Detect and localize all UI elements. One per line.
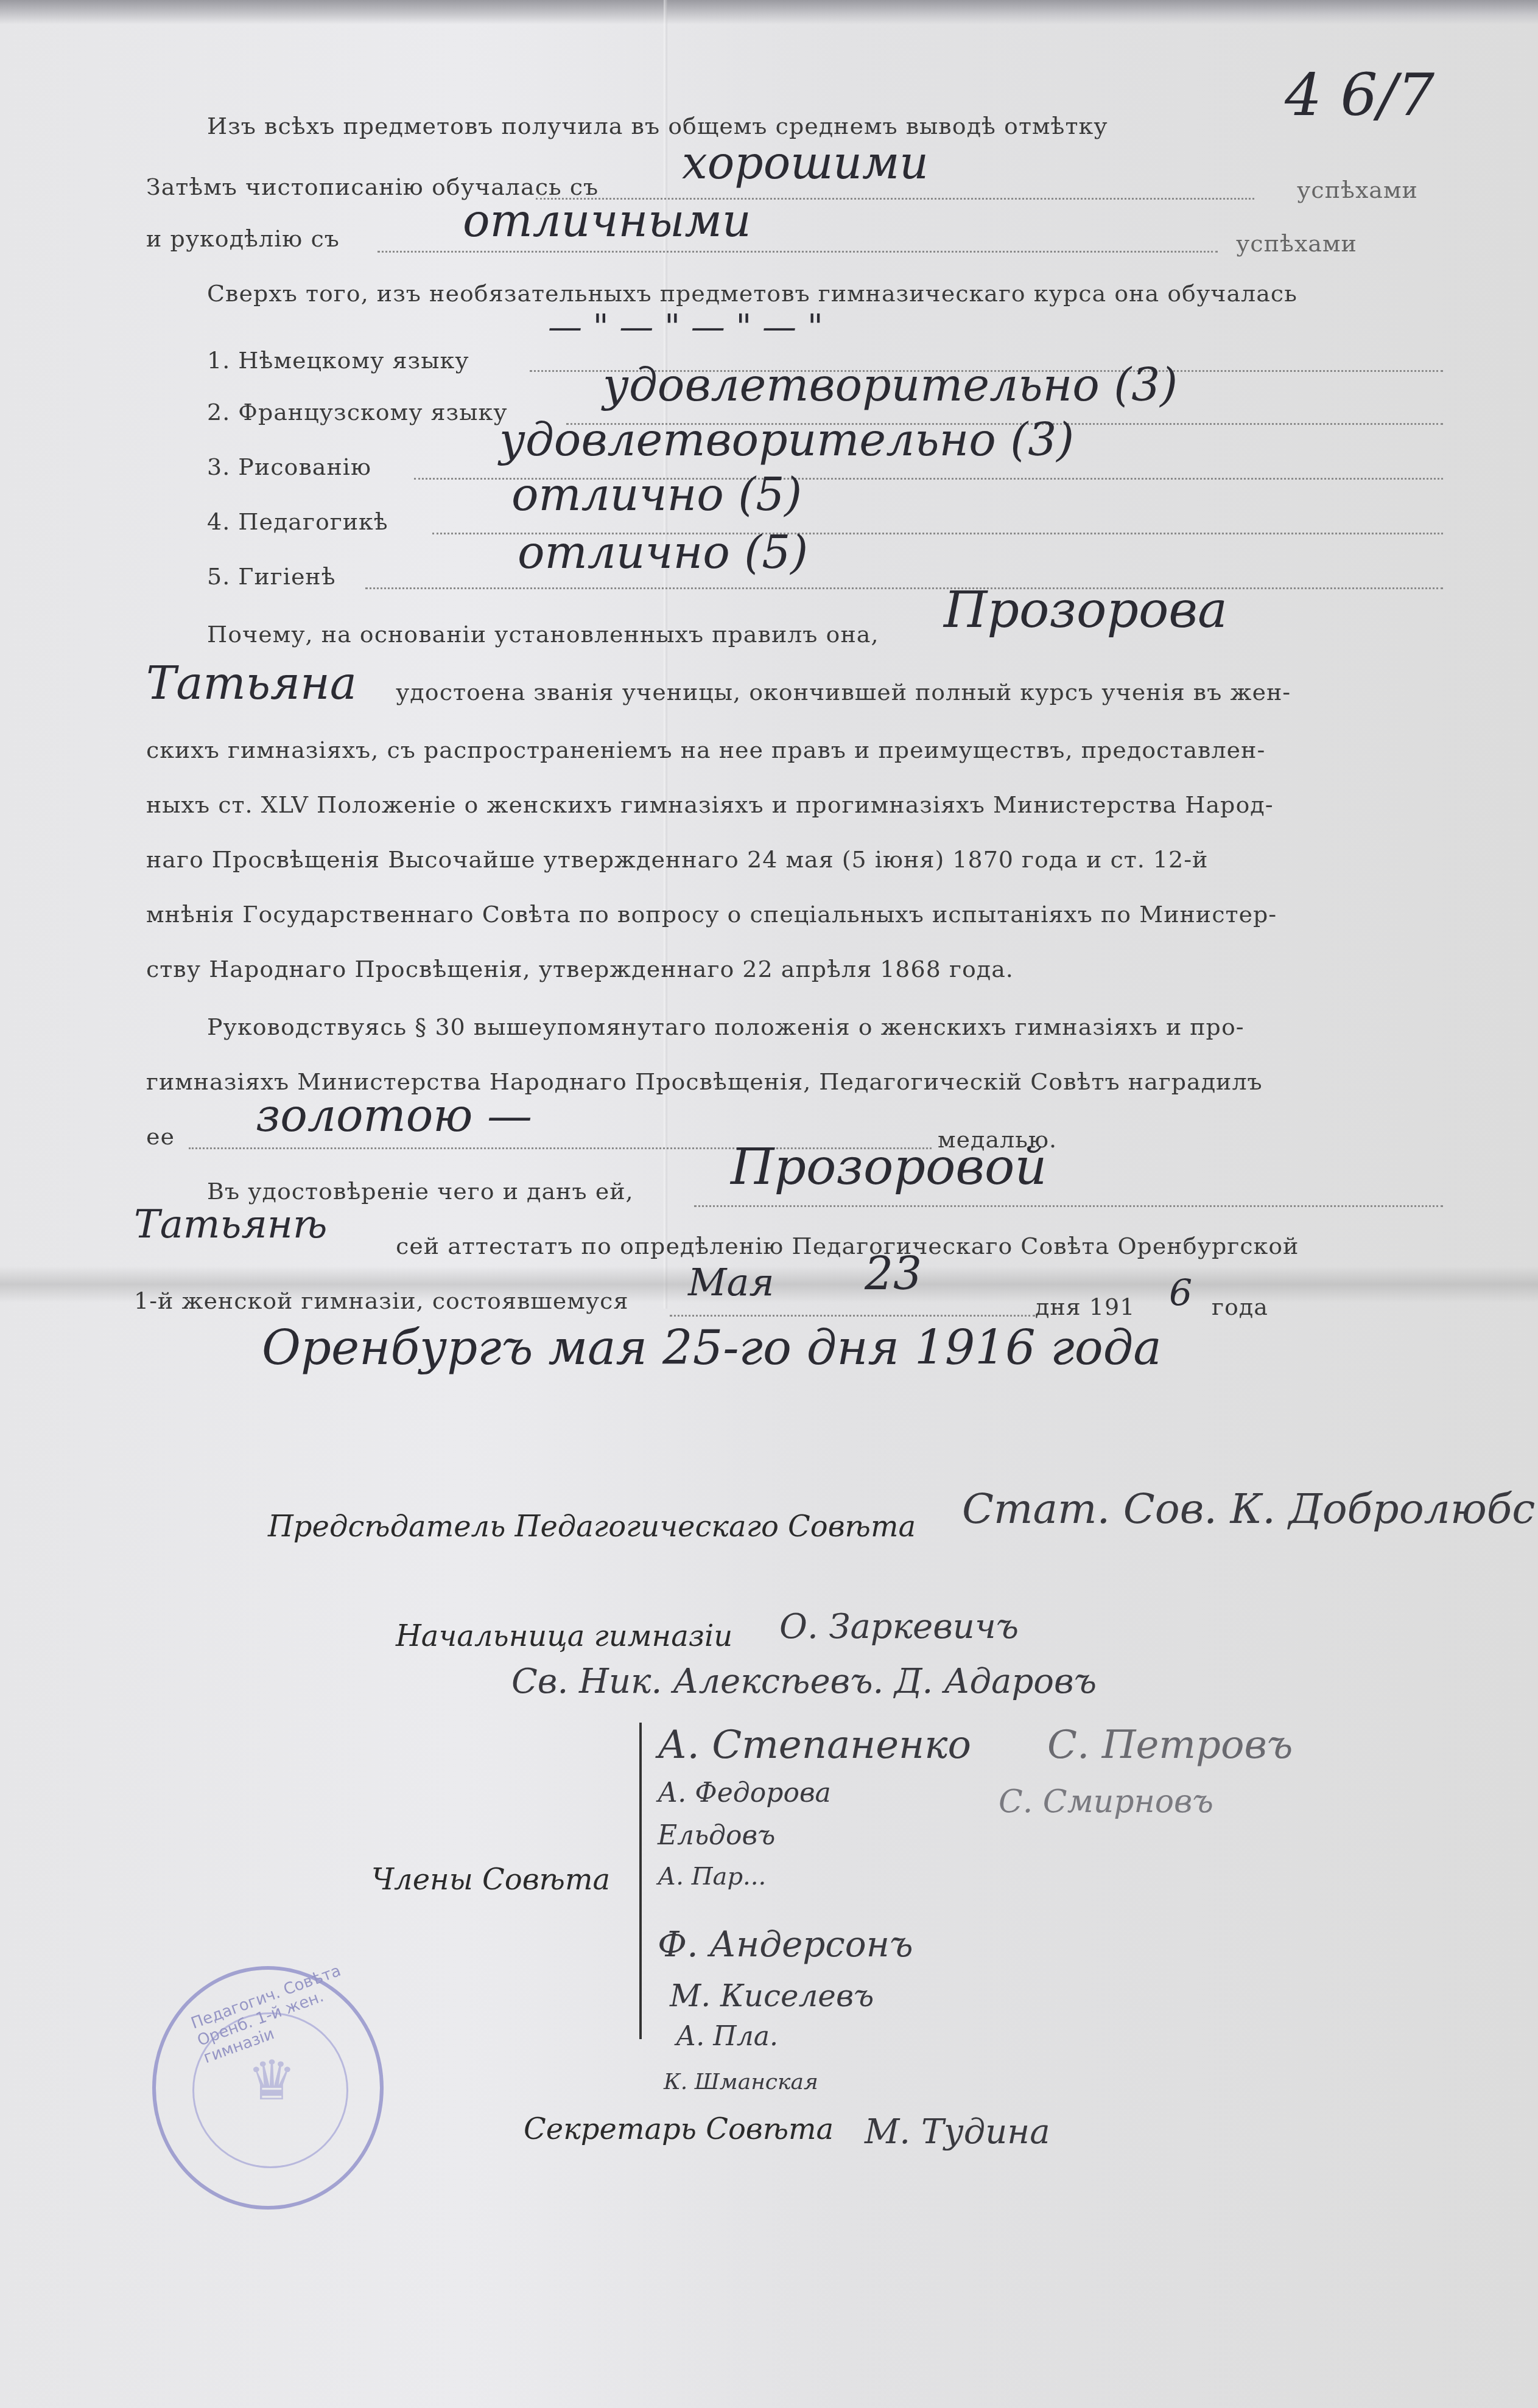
head-label: Начальница гимназіи (396, 1619, 732, 1653)
needlework-suffix: успѣхами (1236, 230, 1357, 257)
needlework-label: и рукодѣлію съ (146, 225, 340, 252)
subject-grade: — " — " — " — " (548, 307, 823, 347)
fill-line (377, 251, 1218, 253)
overall-grade-label: Изъ всѣхъ предметовъ получила въ общемъ … (207, 113, 1108, 139)
document-top-edge (0, 0, 1538, 24)
certification-day: 23 (865, 1248, 922, 1300)
member-signature: С. Петровъ (1047, 1723, 1293, 1768)
subject-grade: удовлетворительно (3) (603, 359, 1178, 411)
penmanship-suffix: успѣхами (1297, 177, 1418, 203)
certification-text-line: сей аттестатъ по опредѣленію Педагогичес… (396, 1233, 1299, 1259)
head-signature: О. Заркевичъ (779, 1607, 1019, 1647)
medal-type: золотою — (256, 1090, 532, 1142)
member-signature: С. Смирновъ (999, 1783, 1213, 1820)
award-text-line: ству Народнаго Просвѣщенія, утвержденнаг… (146, 956, 1014, 982)
secretary-signature: М. Тудина (865, 2112, 1050, 2152)
place-and-date: Оренбургъ мая 25-го дня 1916 года (262, 1321, 1162, 1376)
secretary-label: Секретарь Совѣта (524, 2112, 834, 2146)
subject-grade: отлично (5) (511, 469, 802, 521)
member-signature: А. Степаненко (658, 1723, 971, 1768)
medal-prefix: ее (146, 1123, 175, 1150)
student-surname: Прозорова (944, 581, 1227, 639)
penmanship-value: хорошими (682, 137, 929, 189)
member-signature: А. Пла. (676, 2021, 778, 2052)
fill-line (694, 1205, 1443, 1207)
award-text-line: удостоена званія ученицы, окончившей пол… (396, 679, 1291, 705)
subject-label: 3. Рисованію (207, 453, 371, 480)
certification-date-label: 1-й женской гимназіи, состоявшемуся (134, 1287, 628, 1314)
member-signature: А. Федорова (658, 1777, 831, 1808)
award-text-line: ныхъ ст. XLV Положеніе о женскихъ гимназ… (146, 791, 1274, 818)
medal-text-line: Руководствуясь § 30 вышеупомянутаго поло… (207, 1013, 1245, 1040)
subject-grade: отлично (5) (518, 527, 808, 579)
members-bracket (639, 1723, 642, 2039)
award-text-line: мнѣнія Государственнаго Совѣта по вопрос… (146, 901, 1277, 928)
member-signature: А. Пар... (658, 1863, 766, 1891)
award-intro: Почему, на основаніи установленныхъ прав… (207, 621, 879, 648)
recipient-surname: Прозоровой (731, 1138, 1047, 1196)
certification-intro: Въ удостовѣреніе чего и данъ ей, (207, 1178, 634, 1205)
member-signature: К. Шманская (664, 2070, 818, 2095)
subject-grade: удовлетворительно (3) (499, 414, 1074, 466)
member-signature: Ельдовъ (658, 1820, 775, 1851)
award-text-line: скихъ гимназіяхъ, съ распространеніемъ н… (146, 737, 1265, 763)
award-text-line: наго Просвѣщенія Высочайше утвержденнаго… (146, 846, 1208, 873)
subject-label: 5. Гигіенѣ (207, 563, 336, 590)
member-signature: М. Киселевъ (670, 1978, 874, 2014)
subject-label: 2. Французскому языку (207, 399, 508, 425)
subject-label: 1. Нѣмецкому языку (207, 347, 469, 374)
fill-line (365, 587, 1443, 589)
members-label: Члены Совѣта (371, 1863, 610, 1897)
overall-grade-value: 4 6/7 (1285, 61, 1434, 129)
certification-month: Мая (688, 1260, 774, 1304)
certification-year-prefix: дня 191 (1035, 1293, 1135, 1320)
student-firstname: Татьяна (146, 657, 357, 710)
official-seal: Педагогич. Совѣта Оренб. 1-й жен. гимназ… (152, 1966, 384, 2210)
certification-year-suffix: года (1212, 1293, 1268, 1320)
certification-year-digit: 6 (1169, 1272, 1192, 1315)
fill-line (670, 1315, 1035, 1317)
recipient-firstname: Татьянѣ (134, 1202, 327, 1247)
needlework-value: отличными (463, 195, 751, 247)
optional-intro: Сверхъ того, изъ необязательныхъ предмет… (207, 280, 1297, 307)
chairman-signature: Стат. Сов. К. Добролюбскій (962, 1485, 1538, 1533)
crown-emblem-icon: ♛ (247, 2049, 297, 2113)
extra-signature: Св. Ник. Алексѣевъ. Д. Адаровъ (511, 1662, 1097, 1701)
member-signature: Ф. Андерсонъ (658, 1923, 913, 1965)
subject-label: 4. Педагогикѣ (207, 508, 388, 535)
chairman-label: Предсѣдатель Педагогическаго Совѣта (268, 1510, 916, 1544)
